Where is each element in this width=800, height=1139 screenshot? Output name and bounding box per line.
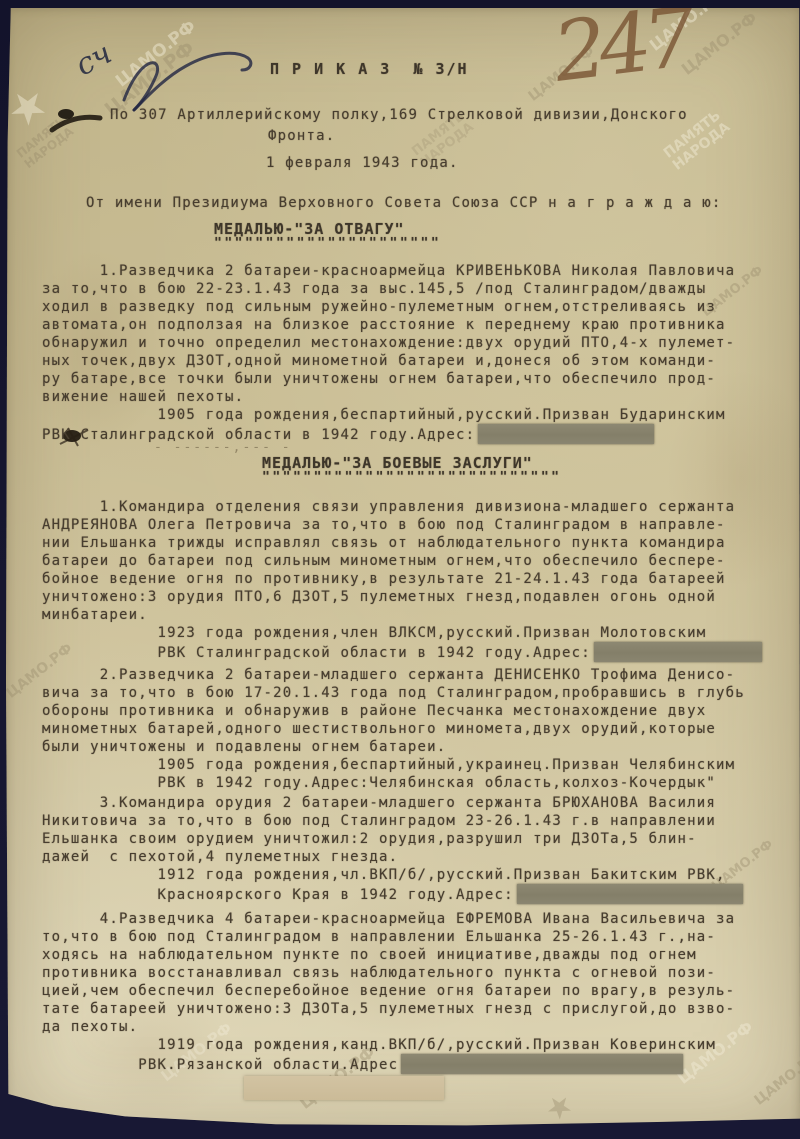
award-entry-andreyanov: 1.Командира отделения связи управления д… (42, 498, 790, 662)
entry-text: 1.Командира отделения связи управления д… (42, 499, 735, 661)
entry-text: 1.Разведчика 2 батареи-красноармейца КРИ… (42, 263, 735, 443)
pamyat-naroda-watermark: ПАМЯТЬ НАРОДА (7, 109, 84, 177)
issued-to-line2: Фронта. (268, 127, 335, 145)
star-watermark: ★ (538, 1085, 581, 1129)
redaction-box (478, 424, 654, 444)
award-entry-bryukhanov: 3.Командира орудия 2 батареи-младшего се… (42, 794, 790, 904)
entry-text: 4.Разведчика 4 батареи-красноармейца ЕФР… (42, 911, 735, 1073)
heading-underline: """""""""""""""""""""" (214, 239, 441, 249)
award-entry-krivenkov: 1.Разведчика 2 батареи-красноармейца КРИ… (42, 262, 790, 444)
paper-sheet: ЦАМО.РФ ЦАМО.РФ ★ ПАМЯТЬ НАРОДА ЦАМО.РФ … (6, 8, 800, 1131)
handwritten-page-number: 247 (549, 0, 695, 101)
star-watermark: ★ (0, 75, 59, 139)
redaction-box (594, 642, 762, 662)
order-date: 1 февраля 1943 года. (266, 154, 459, 172)
handwritten-corner-note: сч (70, 36, 118, 84)
preamble: От имени Президиума Верховного Совета Со… (86, 194, 722, 212)
order-title: П Р И К А З № 3/Н (270, 60, 469, 78)
camo-watermark: ЦАМО.РФ (112, 17, 200, 92)
heading-underline: """"""""""""""""""""""""""""" (262, 473, 561, 483)
award-entry-efremov: 4.Разведчика 4 батареи-красноармейца ЕФР… (42, 910, 790, 1074)
faint-strikeout-remnant: - ------,--- - (154, 440, 292, 455)
entry-text: 2.Разведчика 2 батареи-младшего сержанта… (42, 667, 745, 791)
redaction-box (401, 1054, 683, 1074)
document-scan: ЦАМО.РФ ЦАМО.РФ ★ ПАМЯТЬ НАРОДА ЦАМО.РФ … (0, 0, 800, 1139)
issued-to-line1: По 307 Артиллерийскому полку,169 Стрелко… (110, 106, 688, 124)
award-entry-denisenko: 2.Разведчика 2 батареи-младшего сержанта… (42, 666, 790, 792)
redaction-box (517, 884, 743, 904)
censor-tape-strip (244, 1076, 444, 1100)
